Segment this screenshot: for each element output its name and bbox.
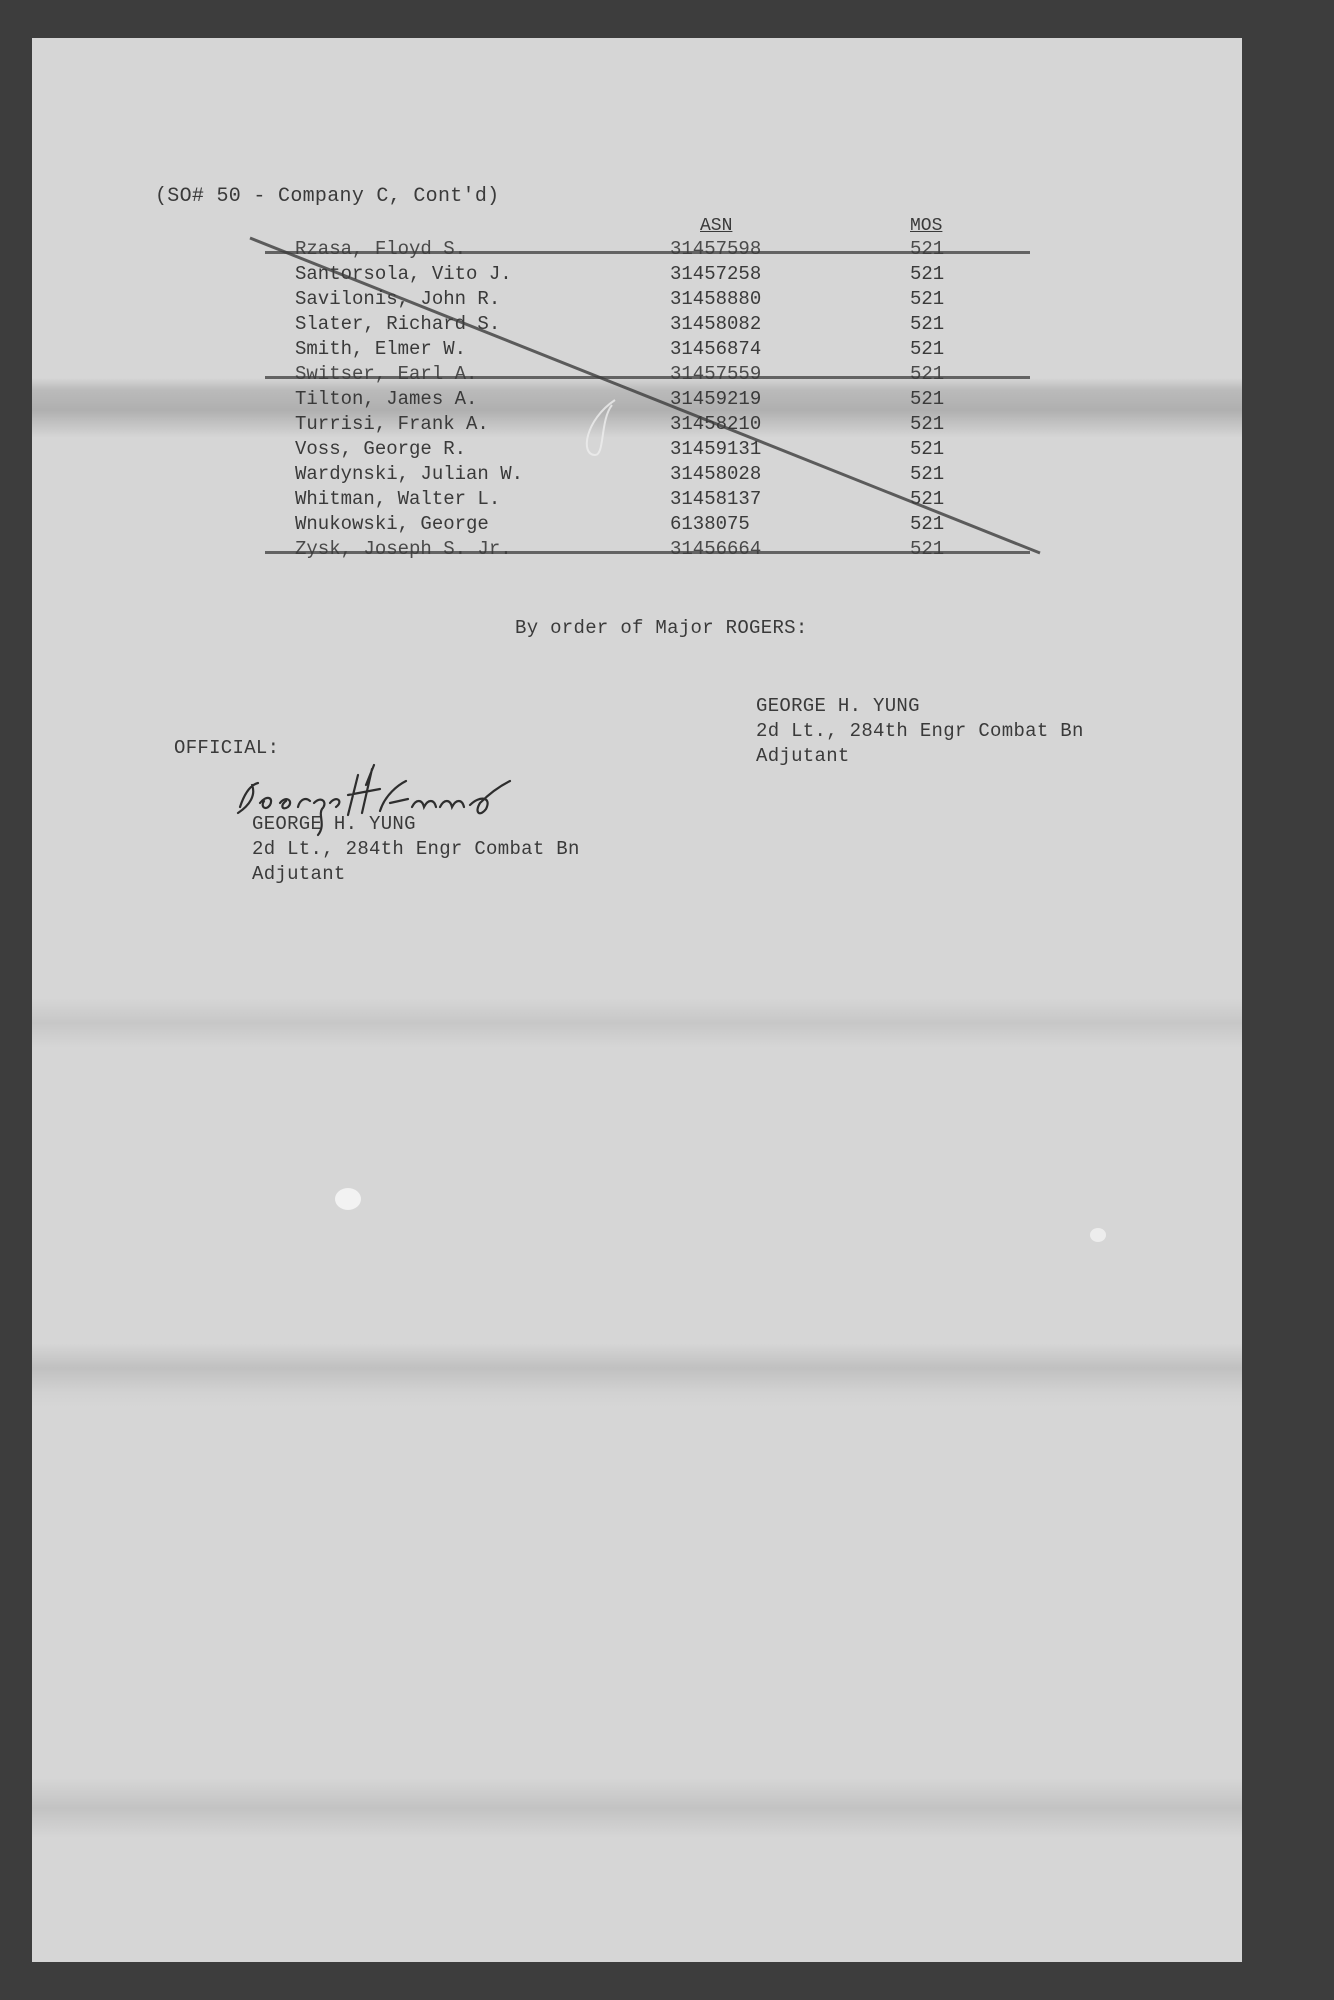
roster-asn: 31457258 [670, 263, 761, 285]
roster-row: Savilonis, John R. 31458880 521 [295, 288, 995, 313]
roster-asn: 31456874 [670, 338, 761, 360]
roster-name: Santorsola, Vito J. [295, 263, 512, 285]
roster-name: Switser, Earl A. [295, 363, 477, 385]
roster-name: Whitman, Walter L. [295, 488, 500, 510]
roster-asn: 31458210 [670, 413, 761, 435]
roster-row: Turrisi, Frank A. 31458210 521 [295, 413, 995, 438]
roster-name: Rzasa, Floyd S. [295, 238, 466, 260]
roster-mos: 521 [910, 388, 944, 410]
roster-asn: 31459219 [670, 388, 761, 410]
roster-mos: 521 [910, 288, 944, 310]
roster-name: Slater, Richard S. [295, 313, 500, 335]
roster-row: Santorsola, Vito J. 31457258 521 [295, 263, 995, 288]
column-header-mos: MOS [910, 216, 942, 236]
roster-mos: 521 [910, 338, 944, 360]
roster-row: Smith, Elmer W. 31456874 521 [295, 338, 995, 363]
roster-mos: 521 [910, 463, 944, 485]
roster-row: Slater, Richard S. 31458082 521 [295, 313, 995, 338]
signature-block-left: GEORGE H. YUNG 2d Lt., 284th Engr Combat… [252, 812, 580, 887]
roster-row: Wnukowski, George 6138075 521 [295, 513, 995, 538]
official-label: OFFICIAL: [174, 736, 279, 761]
signer-rank-unit: 2d Lt., 284th Engr Combat Bn [252, 838, 580, 860]
roster-asn: 31458028 [670, 463, 761, 485]
roster-mos: 521 [910, 538, 944, 560]
roster-asn: 31459131 [670, 438, 761, 460]
roster-row: Switser, Earl A. 31457559 521 [295, 363, 995, 388]
signer-rank-unit: 2d Lt., 284th Engr Combat Bn [756, 720, 1084, 742]
roster-mos: 521 [910, 413, 944, 435]
roster-name: Savilonis, John R. [295, 288, 500, 310]
roster-asn: 31458082 [670, 313, 761, 335]
roster-name: Wnukowski, George [295, 513, 489, 535]
roster-name: Smith, Elmer W. [295, 338, 466, 360]
signer-title: Adjutant [252, 863, 346, 885]
signer-title: Adjutant [756, 745, 850, 767]
roster-mos: 521 [910, 238, 944, 260]
document-header: (SO# 50 - Company C, Cont'd) [155, 184, 499, 209]
roster-mos: 521 [910, 488, 944, 510]
roster-mos: 521 [910, 513, 944, 535]
roster-mos: 521 [910, 313, 944, 335]
roster-row: Voss, George R. 31459131 521 [295, 438, 995, 463]
roster-name: Zysk, Joseph S. Jr. [295, 538, 512, 560]
roster-row: Whitman, Walter L. 31458137 521 [295, 488, 995, 513]
signer-name: GEORGE H. YUNG [252, 813, 416, 835]
signer-name: GEORGE H. YUNG [756, 695, 920, 717]
roster-asn: 31458880 [670, 288, 761, 310]
order-authority-line: By order of Major ROGERS: [515, 616, 808, 641]
roster-mos: 521 [910, 363, 944, 385]
roster-asn: 31457598 [670, 238, 761, 260]
roster-mos: 521 [910, 438, 944, 460]
roster-name: Tilton, James A. [295, 388, 477, 410]
roster-asn: 31457559 [670, 363, 761, 385]
roster-mos: 521 [910, 263, 944, 285]
roster-asn: 31458137 [670, 488, 761, 510]
signature-block-right: GEORGE H. YUNG 2d Lt., 284th Engr Combat… [756, 694, 1084, 769]
roster-name: Wardynski, Julian W. [295, 463, 523, 485]
roster-row: Wardynski, Julian W. 31458028 521 [295, 463, 995, 488]
roster-row: Rzasa, Floyd S. 31457598 521 [295, 238, 995, 263]
roster-asn: 6138075 [670, 513, 750, 535]
roster-table: Rzasa, Floyd S. 31457598 521 Santorsola,… [295, 238, 995, 563]
scan-artifact-spot [1090, 1228, 1106, 1242]
scan-artifact-spot [335, 1188, 361, 1210]
roster-name: Turrisi, Frank A. [295, 413, 489, 435]
roster-row: Zysk, Joseph S. Jr. 31456664 521 [295, 538, 995, 563]
roster-name: Voss, George R. [295, 438, 466, 460]
roster-asn: 31456664 [670, 538, 761, 560]
roster-row: Tilton, James A. 31459219 521 [295, 388, 995, 413]
column-header-asn: ASN [700, 216, 732, 236]
